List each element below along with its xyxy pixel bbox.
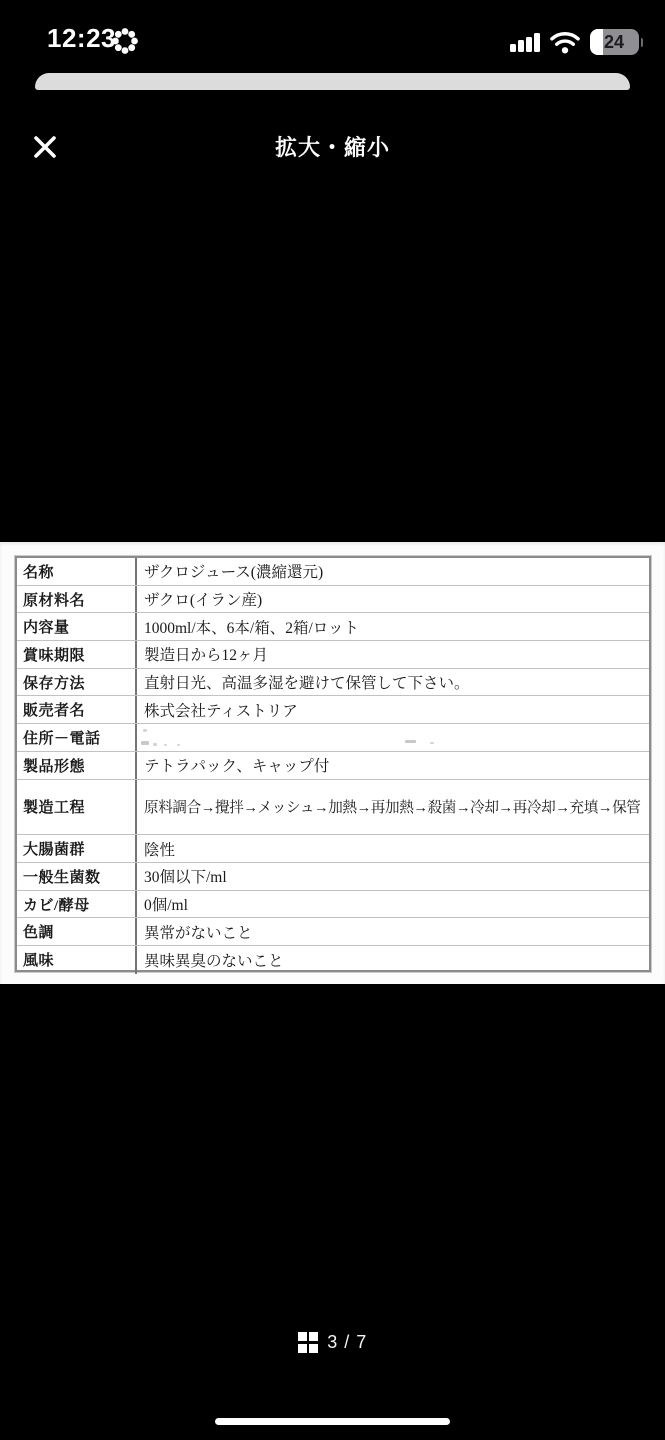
row-value: 1000ml/本、6本/箱、2箱/ロット	[137, 613, 649, 640]
row-label: 住所－電話	[17, 724, 137, 751]
table-row: 風味 異味異臭のないこと	[17, 946, 649, 974]
sheet-handle[interactable]	[35, 73, 630, 90]
table-row: 製造工程 原料調合→攪拌→メッシュ→加熱→再加熱→殺菌→冷却→再冷却→充填→保管	[17, 780, 649, 836]
row-value: テトラパック、キャップ付	[137, 752, 649, 779]
row-label: 一般生菌数	[17, 863, 137, 890]
modal-header: 拡大・縮小	[0, 122, 665, 174]
table-row: 一般生菌数 30個以下/ml	[17, 863, 649, 891]
table-row: カビ/酵母 0個/ml	[17, 891, 649, 919]
image-viewer[interactable]: 名称 ザクロジュース(濃縮還元) 原材料名 ザクロ(イラン産) 内容量 1000…	[0, 174, 665, 1304]
row-value: ザクロ(イラン産)	[137, 586, 649, 613]
row-label: カビ/酵母	[17, 891, 137, 918]
document-page: 名称 ザクロジュース(濃縮還元) 原材料名 ザクロ(イラン産) 内容量 1000…	[0, 542, 665, 984]
row-value: 異味異臭のないこと	[137, 946, 649, 974]
wifi-icon	[549, 30, 581, 54]
pager: 3 / 7	[0, 1332, 665, 1353]
redacted-content	[137, 724, 649, 751]
row-value: 30個以下/ml	[137, 863, 649, 890]
row-label: 製造工程	[17, 780, 137, 835]
table-row: 名称 ザクロジュース(濃縮還元)	[17, 558, 649, 586]
table-row: 原材料名 ザクロ(イラン産)	[17, 586, 649, 614]
clock: 12:23	[47, 23, 116, 54]
row-label: 色調	[17, 918, 137, 945]
page-title: 拡大・縮小	[0, 131, 665, 162]
table-row: 販売者名 株式会社ティストリア	[17, 696, 649, 724]
table-row: 色調 異常がないこと	[17, 918, 649, 946]
battery-percent: 24	[604, 32, 624, 53]
row-label: 内容量	[17, 613, 137, 640]
row-label: 賞味期限	[17, 641, 137, 668]
row-label: 原材料名	[17, 586, 137, 613]
table-row: 大腸菌群 陰性	[17, 835, 649, 863]
signal-bars-icon	[510, 33, 540, 52]
row-label: 風味	[17, 946, 137, 974]
row-value: ザクロジュース(濃縮還元)	[137, 558, 649, 585]
row-value: 直射日光、高温多湿を避けて保管して下さい。	[137, 669, 649, 696]
table-row: 住所－電話	[17, 724, 649, 752]
status-bar: 12:23 24	[0, 0, 665, 66]
pager-label: 3 / 7	[327, 1332, 367, 1353]
row-value	[137, 724, 649, 751]
row-value: 陰性	[137, 835, 649, 862]
spec-table: 名称 ザクロジュース(濃縮還元) 原材料名 ザクロ(イラン産) 内容量 1000…	[15, 556, 651, 972]
grid-icon[interactable]	[298, 1332, 319, 1353]
table-row: 保存方法 直射日光、高温多湿を避けて保管して下さい。	[17, 669, 649, 697]
battery-nub	[641, 38, 644, 47]
table-row: 賞味期限 製造日から12ヶ月	[17, 641, 649, 669]
row-label: 保存方法	[17, 669, 137, 696]
row-value: 原料調合→攪拌→メッシュ→加熱→再加熱→殺菌→冷却→再冷却→充填→保管	[137, 780, 649, 835]
row-value: 0個/ml	[137, 891, 649, 918]
status-flower-icon	[110, 26, 140, 56]
table-row: 内容量 1000ml/本、6本/箱、2箱/ロット	[17, 613, 649, 641]
row-label: 製品形態	[17, 752, 137, 779]
row-value: 株式会社ティストリア	[137, 696, 649, 723]
row-label: 大腸菌群	[17, 835, 137, 862]
row-value: 製造日から12ヶ月	[137, 641, 649, 668]
battery-fill	[590, 29, 603, 55]
row-label: 名称	[17, 558, 137, 585]
row-label: 販売者名	[17, 696, 137, 723]
row-value: 異常がないこと	[137, 918, 649, 945]
table-row: 製品形態 テトラパック、キャップ付	[17, 752, 649, 780]
home-indicator[interactable]	[215, 1418, 450, 1425]
battery-icon: 24	[590, 29, 639, 55]
